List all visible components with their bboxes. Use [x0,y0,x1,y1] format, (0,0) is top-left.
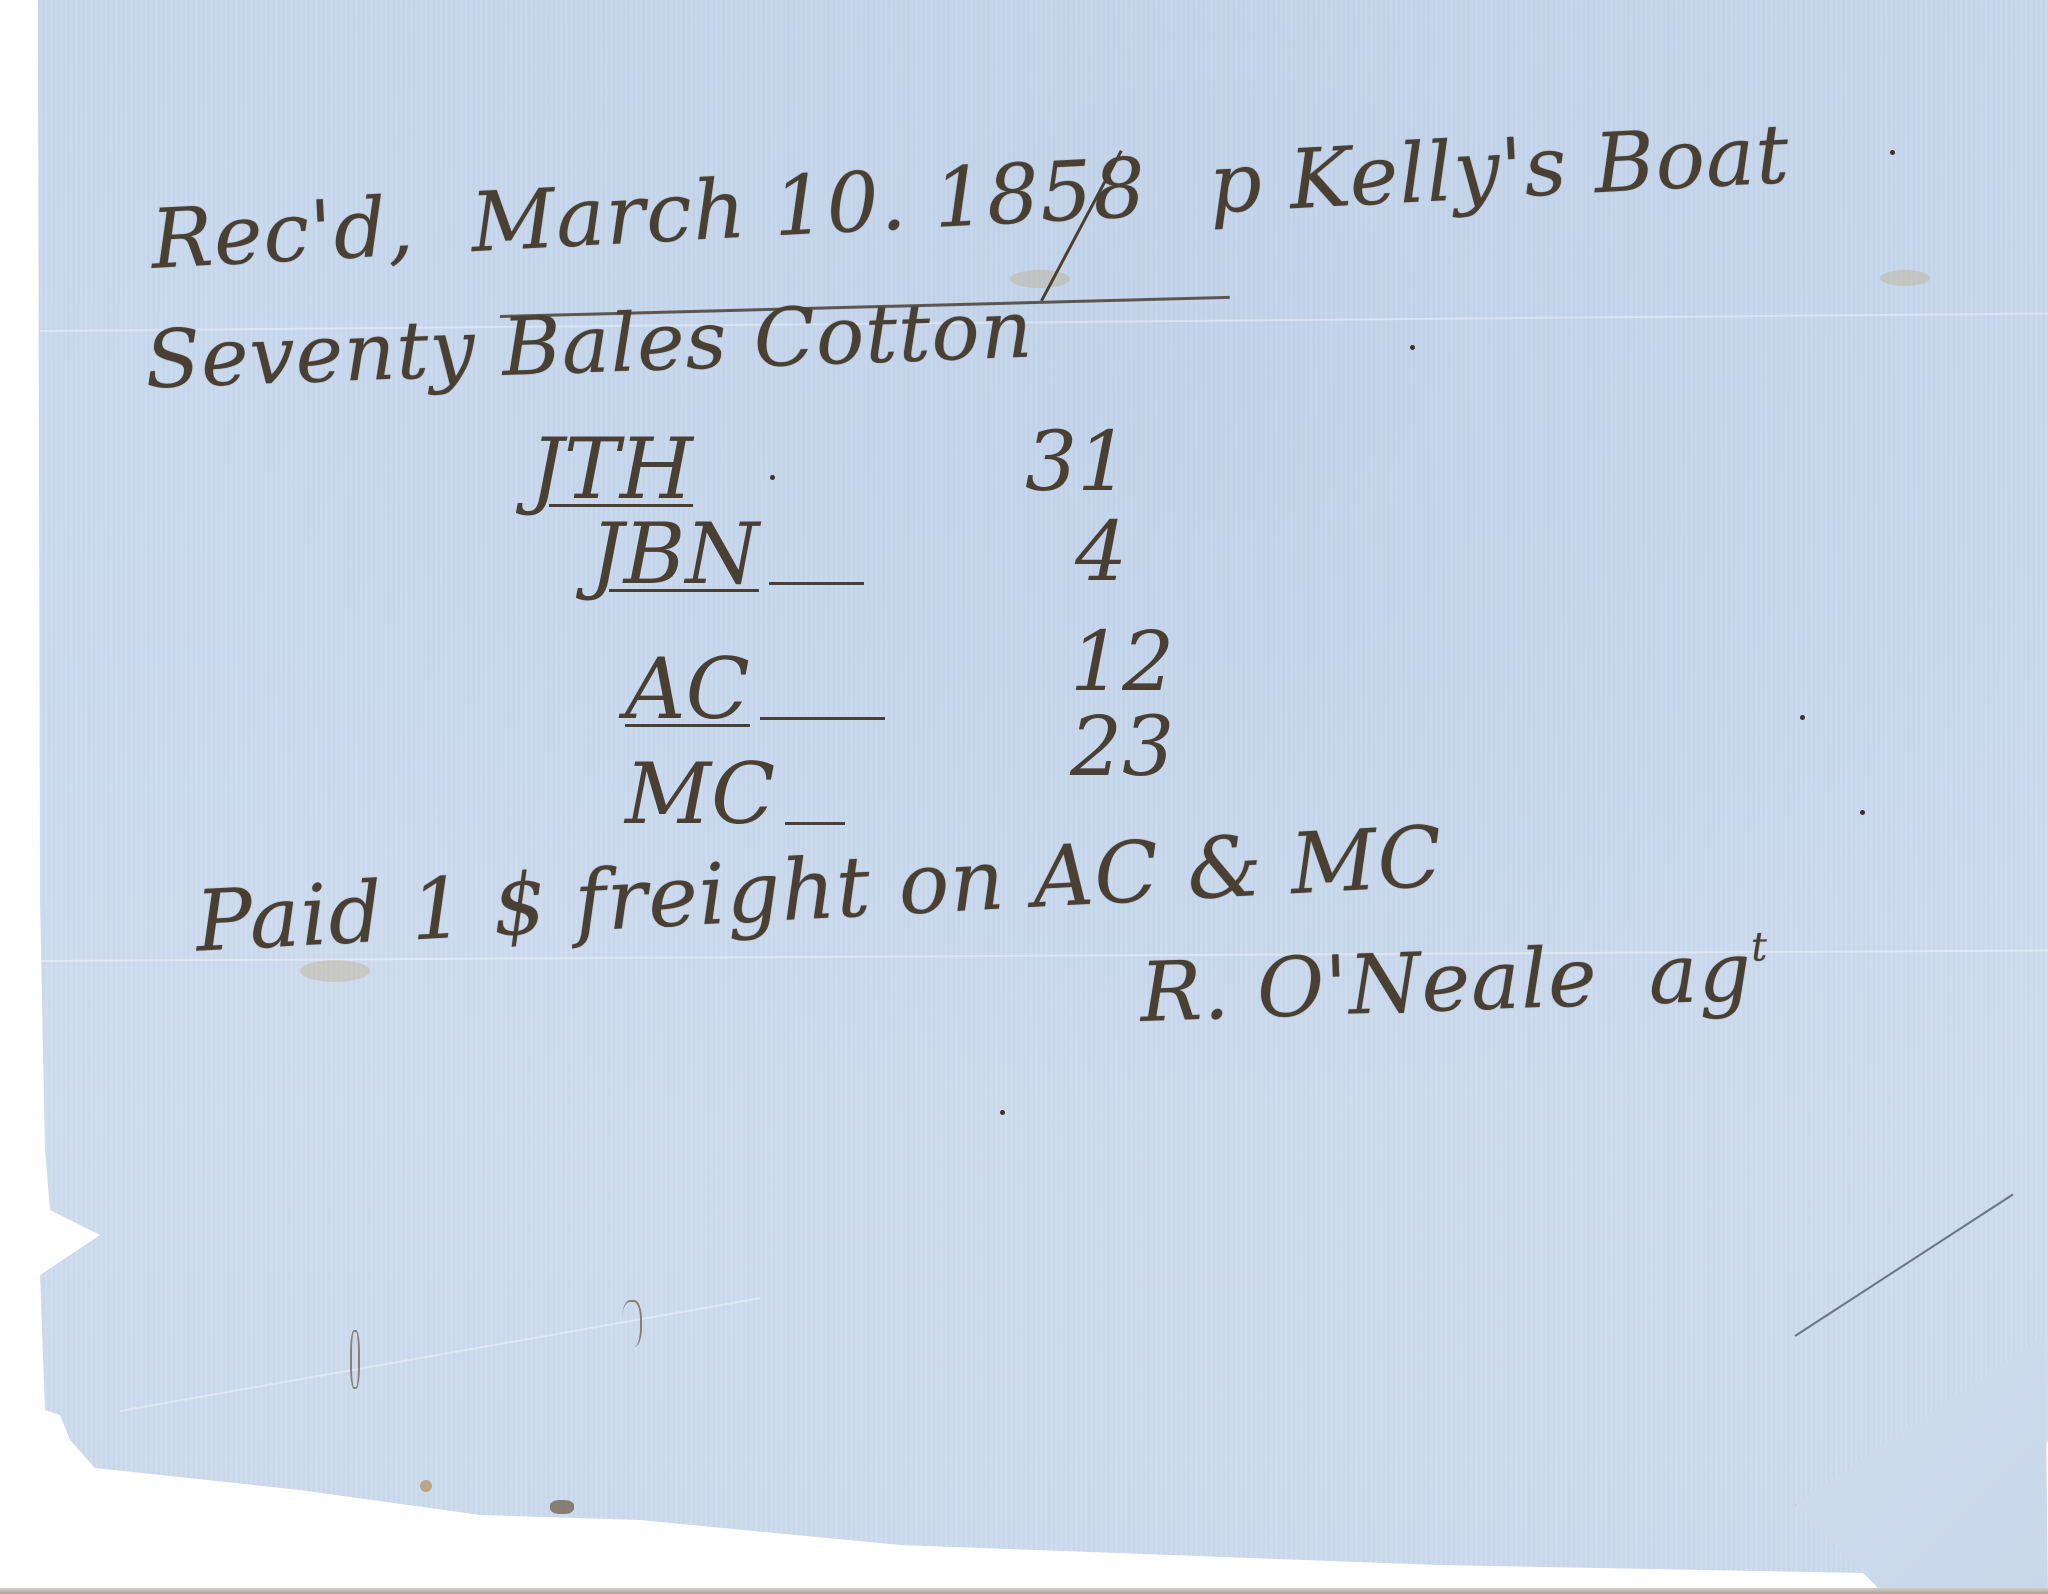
scanned-document: Rec'd, March 10. 1858 p Kelly's Boat Sev… [0,0,2048,1594]
tally-row: JTH [530,420,717,518]
tally-row: JBN [590,505,878,603]
tally-dash [785,822,845,825]
tally-count: 12 [1070,615,1174,710]
ink-speck [1410,345,1415,350]
signatory-title: ag [1647,925,1754,1024]
received-label: Rec'd, [149,179,417,288]
stain [1880,270,1930,286]
ink-speck [1860,810,1865,815]
scan-bottom-edge [0,1588,2048,1594]
tally-count: 23 [1070,700,1174,795]
tear-mark [622,1300,642,1347]
tally-mark: JTH [530,420,693,518]
tear-mark [550,1500,574,1514]
tally-mark: JBN [590,505,759,603]
tally-dash [769,582,864,585]
tear-mark [350,1330,360,1389]
stain [420,1480,432,1492]
ink-speck [770,475,775,480]
signatory-name: R. O'Neale [1139,930,1600,1041]
tally-dash [760,717,885,720]
tally-row: MC [625,745,859,843]
tally-mark: AC [625,640,750,738]
tally-count: 31 [1025,415,1129,510]
tally-mark: MC [625,745,775,843]
signatory-title-sup: t [1750,924,1769,971]
ink-speck [1890,150,1895,155]
tally-count: 4 [1075,505,1127,600]
tally-row: AC [625,640,899,738]
ink-speck [1000,1110,1005,1115]
ink-speck [1800,715,1805,720]
